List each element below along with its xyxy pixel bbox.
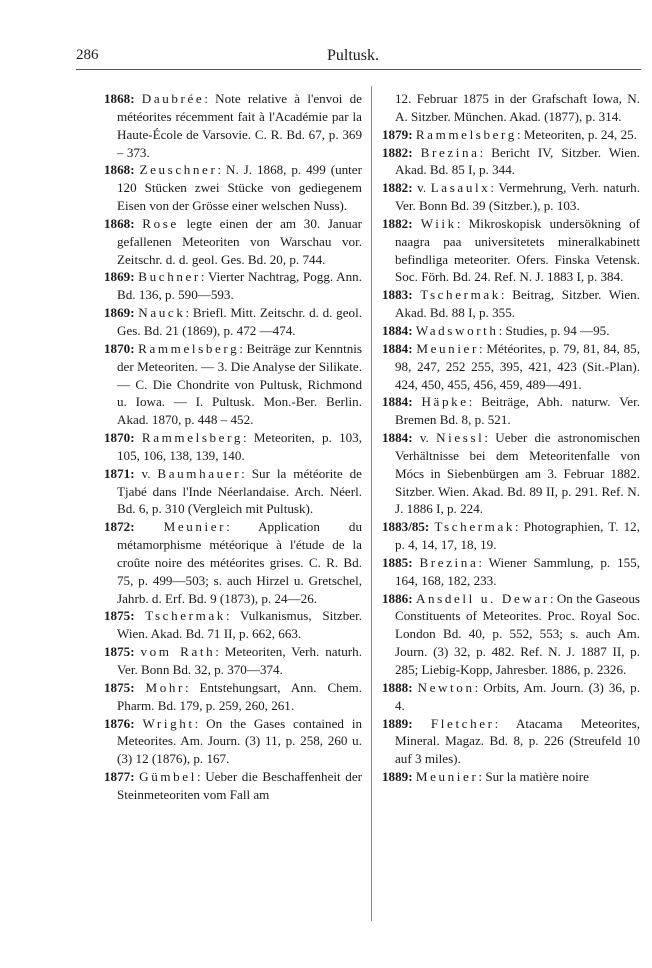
entry-year: 1886:: [382, 591, 413, 606]
entry-year: 1877:: [104, 769, 135, 784]
entry-author: Niessl: [436, 430, 484, 445]
entry-author: Rammelsberg: [142, 430, 243, 445]
entry-author: Wright: [142, 716, 194, 731]
bibliography-entry: 1882: Wiik: Mikroskopisk undersökning of…: [382, 215, 640, 286]
entry-author: Meunier: [416, 769, 479, 784]
entry-author-prefix: v.: [413, 180, 431, 195]
entry-author: Tschermak: [145, 608, 226, 623]
bibliography-entry: 1889: Fletcher: Atacama Meteorites, Mine…: [382, 715, 640, 769]
entry-author: Meunier: [164, 519, 227, 534]
entry-year: 1879:: [382, 127, 413, 142]
entry-year: 1875:: [104, 608, 135, 623]
entry-year: 1870:: [104, 341, 135, 356]
bibliography-entry: 1883/85: Tschermak: Photographien, T. 12…: [382, 518, 640, 554]
entry-author: Wiik: [421, 216, 457, 231]
bibliography-entry: 1883: Tschermak: Beitrag, Sitzber. Wien.…: [382, 286, 640, 322]
entry-year: 1884:: [382, 430, 413, 445]
bibliography-entry: 1884: Wadsworth: Studies, p. 94 —95.: [382, 322, 640, 340]
bibliography-entry: 1875: vom Rath: Meteoriten, Verh. naturh…: [104, 643, 362, 679]
entry-author-prefix: v.: [135, 466, 158, 481]
entry-year: 1883/85:: [382, 519, 429, 534]
entry-author: Tschermak: [420, 287, 501, 302]
entry-year: 1889:: [382, 769, 413, 784]
entry-author: Gümbel: [139, 769, 197, 784]
bibliography-entry: 1872: Meunier: Application du métamorphi…: [104, 518, 362, 607]
entry-year: 1869:: [104, 305, 135, 320]
entry-year: 1868:: [104, 216, 135, 231]
entry-author: Nauck: [138, 305, 185, 320]
entry-year: 1882:: [382, 145, 413, 160]
entry-year: 1868:: [104, 91, 135, 106]
bibliography-entry: 1879: Rammelsberg: Meteoriten, p. 24, 25…: [382, 126, 640, 144]
entry-author: Mohr: [145, 680, 185, 695]
entry-author: Zeuschner: [140, 162, 218, 177]
entry-year: 1884:: [382, 394, 413, 409]
left-column: 1868: Daubrée: Note relative à l'envoi d…: [104, 90, 362, 804]
column-divider: [371, 86, 372, 921]
bibliography-entry: 1889: Meunier: Sur la matière noire: [382, 768, 640, 786]
entry-author: Baumhauer: [157, 466, 241, 481]
bibliography-entry: 1886: Ansdell u. Dewar: On the Gaseous C…: [382, 590, 640, 679]
bibliography-entry: 1884: v. Niessl: Ueber die astronomische…: [382, 429, 640, 518]
bibliography-entry: 1870: Rammelsberg: Meteoriten, p. 103, 1…: [104, 429, 362, 465]
bibliography-entry: 1884: Meunier: Météorites, p. 79, 81, 84…: [382, 340, 640, 394]
entry-year: 1884:: [382, 323, 413, 338]
bibliography-entry: 1870: Rammelsberg: Beiträge zur Kenntnis…: [104, 340, 362, 429]
entry-year: 1885:: [382, 555, 413, 570]
entry-author-prefix: v.: [413, 430, 437, 445]
entry-year: 1882:: [382, 180, 413, 195]
entry-author: Daubrée: [142, 91, 205, 106]
entry-year: 1871:: [104, 466, 135, 481]
entry-text: : Studies, p. 94 —95.: [499, 323, 610, 338]
right-column: 12. Februar 1875 in der Grafschaft Iowa,…: [382, 90, 640, 786]
entry-year: 1875:: [104, 680, 135, 695]
entry-text: : Sur la matière noire: [478, 769, 589, 784]
entry-year: 1872:: [104, 519, 135, 534]
bibliography-entry: 1877: Gümbel: Ueber die Beschaffenheit d…: [104, 768, 362, 804]
entry-author: Fletcher: [431, 716, 495, 731]
entry-author: Buchner: [138, 269, 201, 284]
bibliography-entry: 1888: Newton: Orbits, Am. Journ. (3) 36,…: [382, 679, 640, 715]
entry-author: Newton: [418, 680, 475, 695]
entry-year: 1889:: [382, 716, 413, 731]
entry-author: Rammelsberg: [416, 127, 517, 142]
bibliography-entry: 1875: Tschermak: Vulkanismus, Sitzber. W…: [104, 607, 362, 643]
bibliography-entry: 1885: Brezina: Wiener Sammlung, p. 155, …: [382, 554, 640, 590]
entry-text: : Meteoriten, p. 24, 25.: [517, 127, 637, 142]
running-title: Pultusk.: [0, 47, 652, 65]
bibliography-entry: 1869: Buchner: Vierter Nachtrag, Pogg. A…: [104, 268, 362, 304]
bibliography-entry: 1876: Wright: On the Gases contained in …: [104, 715, 362, 769]
entry-author: Rammelsberg: [138, 341, 239, 356]
entry-year: 1882:: [382, 216, 413, 231]
entry-author: vom Rath: [141, 644, 216, 659]
entry-year: 1884:: [382, 341, 413, 356]
entry-text: : Photographien, T. 12, p. 4, 14, 17, 18…: [395, 519, 640, 552]
entry-author: Wadsworth: [416, 323, 499, 338]
entry-year: 1869:: [104, 269, 135, 284]
header-rule: [76, 69, 641, 70]
bibliography-entry: 1868: Rose legte einen der am 30. Januar…: [104, 215, 362, 269]
bibliography-entry: 1871: v. Baumhauer: Sur la météorite de …: [104, 465, 362, 519]
entry-author: Brezina: [419, 555, 478, 570]
bibliography-entry: 1868: Zeuschner: N. J. 1868, p. 499 (unt…: [104, 161, 362, 215]
entry-author: Rose: [142, 216, 179, 231]
bibliography-entry: 1884: Häpke: Beiträge, Abh. naturw. Ver.…: [382, 393, 640, 429]
entry-year: 1876:: [104, 716, 135, 731]
entry-text: 12. Februar 1875 in der Grafschaft Iowa,…: [395, 91, 640, 124]
entry-author: Häpke: [421, 394, 468, 409]
entry-author: Brezina: [421, 145, 480, 160]
entry-year: 1868:: [104, 162, 135, 177]
entry-year: 1888:: [382, 680, 413, 695]
bibliography-entry: 1869: Nauck: Briefl. Mitt. Zeitschr. d. …: [104, 304, 362, 340]
entry-year: 1883:: [382, 287, 413, 302]
entry-author: Lasaulx: [431, 180, 491, 195]
entry-text: : Application du métamorphisme météoriqu…: [117, 519, 362, 605]
entry-year: 1875:: [104, 644, 135, 659]
entry-author: Meunier: [416, 341, 479, 356]
entry-year: 1870:: [104, 430, 135, 445]
bibliography-entry: 1882: v. Lasaulx: Vermehrung, Verh. natu…: [382, 179, 640, 215]
entry-author: Tschermak: [434, 519, 515, 534]
bibliography-entry: 1868: Daubrée: Note relative à l'envoi d…: [104, 90, 362, 161]
bibliography-entry: 1882: Brezina: Bericht IV, Sitzber. Wien…: [382, 144, 640, 180]
bibliography-entry: 1875: Mohr: Entstehungsart, Ann. Chem. P…: [104, 679, 362, 715]
entry-author: Ansdell u. Dewar: [416, 591, 550, 606]
bibliography-entry: 12. Februar 1875 in der Grafschaft Iowa,…: [382, 90, 640, 126]
